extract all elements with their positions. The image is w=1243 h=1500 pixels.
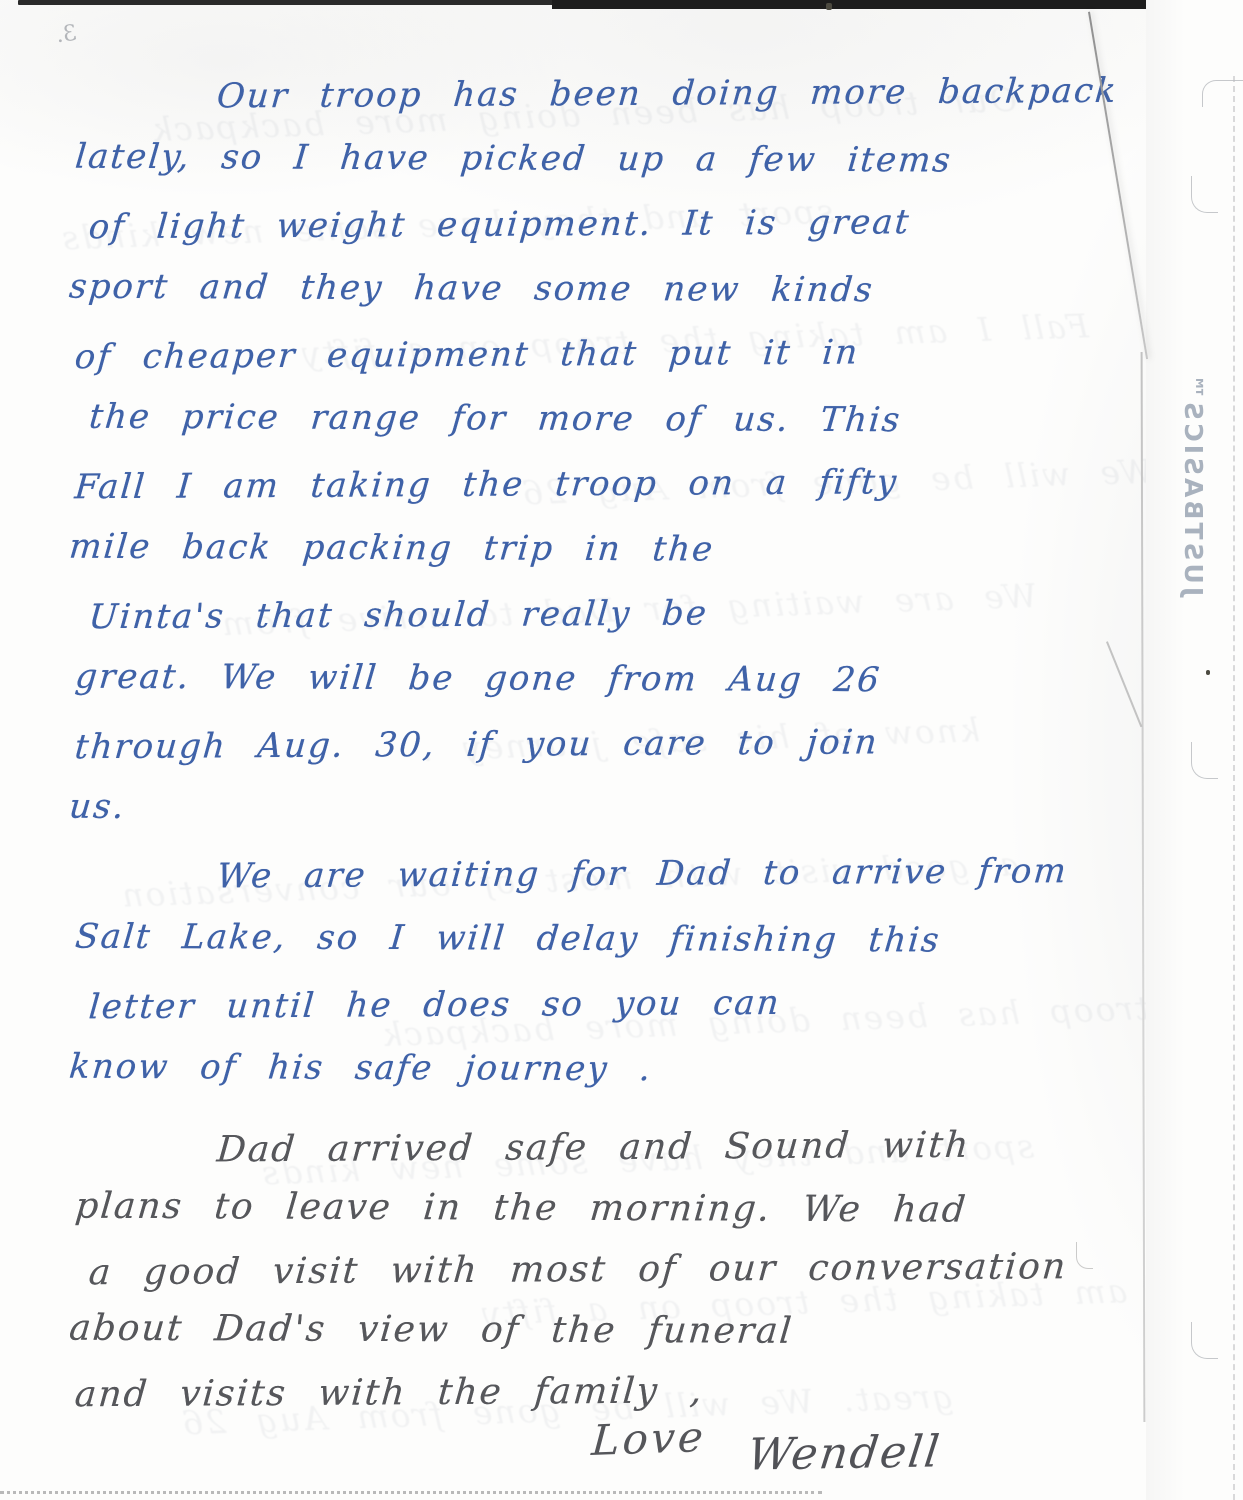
letter-line: about Dad's view of the funeral xyxy=(66,1301,1147,1367)
letter-line: sport and they have some new kinds xyxy=(66,257,1148,327)
letter-line: We are waiting for Dad to arrive from xyxy=(72,841,1148,913)
letter-line: the price range for more of us. This xyxy=(86,387,1148,457)
letter-paragraph: Dad arrived safe and Sound withplans to … xyxy=(75,1120,1145,1425)
letter-signature: Wendell xyxy=(745,1426,944,1480)
letter-line: Fall I am taking the troop on a fifty xyxy=(72,451,1148,523)
backing-tab-cut xyxy=(1191,1322,1218,1359)
backing-tab-cut xyxy=(1191,742,1218,779)
ink-speck xyxy=(1206,670,1210,675)
letter-line: Dad arrived safe and Sound with xyxy=(72,1117,1148,1185)
letter-line: Uinta's that should really be xyxy=(86,581,1148,652)
letter-line: know of his safe journey . xyxy=(66,1037,1148,1107)
letter-paragraph: Our troop has been doing more backpackla… xyxy=(75,64,1145,844)
letter-line: us. xyxy=(66,777,1148,847)
letter-paragraph: We are waiting for Dad to arrive fromSal… xyxy=(75,844,1145,1104)
letter-line: of cheaper equipment that put it in xyxy=(72,321,1148,393)
letter-line: Salt Lake, so I will delay finishing thi… xyxy=(72,907,1148,977)
brand-stamp-text: JUSTBASICS™ xyxy=(1180,370,1209,595)
scanner-bottom-dotted-edge xyxy=(0,1491,822,1494)
ink-speck xyxy=(826,3,832,10)
letter-line: a good visit with most of our conversati… xyxy=(86,1239,1148,1306)
brand-stamp-wrap: JUSTBASICS™ xyxy=(1168,378,1220,588)
scanner-edge-bar-thick xyxy=(552,0,1214,9)
letter-line: Our troop has been doing more backpack xyxy=(72,61,1148,133)
letter-body: Our troop has been doing more backpackla… xyxy=(75,64,1145,1425)
letter-line: great. We will be gone from Aug 26 xyxy=(72,647,1148,717)
page-number: 3. xyxy=(54,21,78,49)
backing-tab-cut xyxy=(1191,176,1218,213)
letter-line: through Aug. 30, if you care to join xyxy=(72,711,1148,783)
perforation-dashed-line xyxy=(1233,76,1235,1500)
letter-line: mile back packing trip in the xyxy=(66,517,1148,587)
letter-closing: Love xyxy=(590,1412,708,1465)
backing-tab-cut xyxy=(1202,80,1243,107)
scanned-letter-page: 3. Our troop has been doing more backpac… xyxy=(0,0,1243,1500)
letter-line: lately, so I have picked up a few items xyxy=(72,127,1148,197)
letter-line: of light weight equipment. It is great xyxy=(86,191,1148,262)
stray-pencil-mark xyxy=(1076,1242,1093,1269)
letter-line: letter until he does so you can xyxy=(86,971,1148,1042)
letter-line: plans to leave in the morning. We had xyxy=(72,1179,1147,1245)
